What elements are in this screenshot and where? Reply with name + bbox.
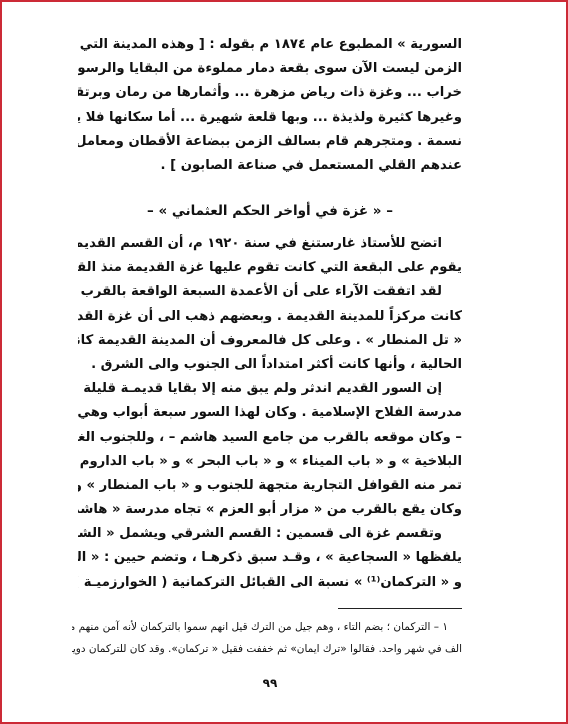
paragraph: إن السور القديم اندثر ولم يبق منه إلا بق… — [78, 377, 462, 522]
text-line: « تل المنطار » . وعلى كل فالمعروف أن الم… — [78, 329, 462, 353]
section-heading: – « غزة في أواخر الحكم العثماني » – — [78, 199, 462, 223]
text-line: خراب ... وغزة ذات رياض مزهرة ... وأثماره… — [78, 81, 462, 105]
footnote-line: ١ – التركمان ؛ بضم التاء ، وهم جيل من ال… — [72, 616, 462, 638]
text-line: البلاخية » و « باب الميناء » و « باب الب… — [78, 450, 462, 474]
footnote-line: الف في شهر واحد. فقالوا «ترك ايمان» ثم خ… — [72, 638, 462, 660]
text-line: و « التركمان⁽¹⁾ » نسبة الى القبائل الترك… — [78, 571, 462, 595]
section-body: اتضح للأستاذ غارستنغ في سنة ١٩٢٠ م، أن ا… — [78, 232, 462, 595]
text-line: مدرسة الفلاح الإسلامية . وكان لهذا السور… — [78, 401, 462, 425]
text-line: اتضح للأستاذ غارستنغ في سنة ١٩٢٠ م، أن ا… — [78, 232, 462, 256]
text-line: يقوم على البقعة التي كانت تقوم عليها غزة… — [78, 256, 462, 280]
text-line: وغيرها كثيرة ولذيذة ... وبها قلعة شهيرة … — [78, 106, 462, 130]
text-line: الحالية ، وأنها كانت أكثر امتداداً الى ا… — [78, 353, 462, 377]
footnotes: ١ – التركمان ؛ بضم التاء ، وهم جيل من ال… — [72, 616, 462, 660]
text-line: السورية » المطبوع عام ١٨٧٤ م بقوله : [ و… — [78, 33, 462, 57]
paragraph: لقد اتفقت الآراء على أن الأعمدة السبعة ا… — [78, 280, 462, 377]
footnote-divider — [338, 608, 462, 609]
text-line: كانت مركزاً للمدينة القديمة . وبعضهم ذهب… — [78, 305, 462, 329]
text-line: تمر منه القوافل التجارية متجهة للجنوب و … — [78, 474, 462, 498]
text-line: نسمة . ومتجرهم قام بسالف الزمن ببضاعة ال… — [78, 130, 462, 154]
text-line: – وكان موقعه بالقرب من جامع السيد هاشم –… — [78, 426, 462, 450]
page-number: ٩٩ — [250, 676, 290, 690]
text-line: الزمن ليست الآن سوى بقعة دمار مملوءة من … — [78, 57, 462, 81]
text-line: لقد اتفقت الآراء على أن الأعمدة السبعة ا… — [78, 280, 462, 304]
quote-paragraph: السورية » المطبوع عام ١٨٧٤ م بقوله : [ و… — [78, 33, 462, 178]
text-line: وكان يقع بالقرب من « مزار أبو العزم » تج… — [78, 498, 462, 522]
text-line: يلفظها « السجاعية » ، وقـد سبق ذكرهـا ، … — [78, 546, 462, 570]
text-line: وتقسم غزة الى قسمين : القسم الشرقي ويشمل… — [78, 522, 462, 546]
text-line: إن السور القديم اندثر ولم يبق منه إلا بق… — [78, 377, 462, 401]
text-line: عندهم القلي المستعمل في صناعة الصابون ] … — [78, 154, 462, 178]
paragraph: وتقسم غزة الى قسمين : القسم الشرقي ويشمل… — [78, 522, 462, 595]
paragraph: اتضح للأستاذ غارستنغ في سنة ١٩٢٠ م، أن ا… — [78, 232, 462, 280]
